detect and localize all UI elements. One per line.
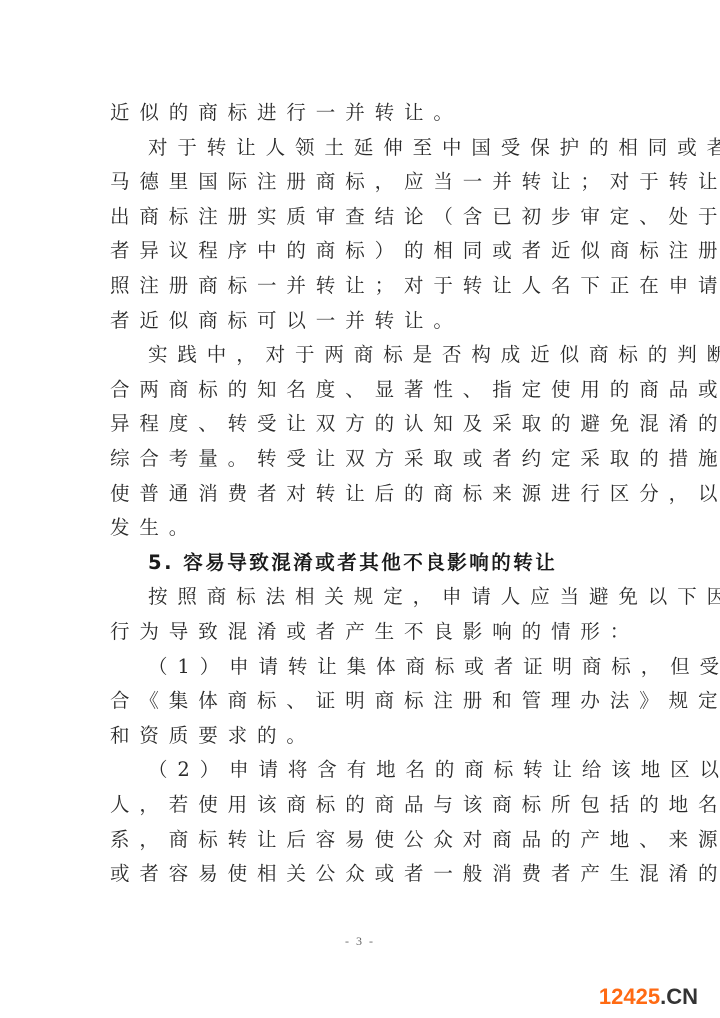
text-line: 使普通消费者对转让后的商标来源进行区分，以避免混淆的: [110, 475, 630, 513]
text-line: 马德里国际注册商标，应当一并转让；对于转让人名下已作: [110, 163, 630, 201]
text-line: 对于转让人领土延伸至中国受保护的相同或者近似的: [148, 129, 668, 167]
text-line: 系，商标转让后容易使公众对商品的产地、来源产生误认，: [110, 821, 630, 859]
text-line: 综合考量。转受让双方采取或者约定采取的措施，应当足够: [110, 440, 630, 478]
text-line: 按照商标法相关规定，申请人应当避免以下因商标转让: [148, 578, 668, 616]
site-watermark: 12425.CN: [599, 984, 698, 1010]
text-line: 出商标注册实质审查结论（含已初步审定、处于驳回复审或: [110, 198, 630, 236]
watermark-number: 12425: [599, 984, 660, 1009]
text-line: 行为导致混淆或者产生不良影响的情形：: [110, 613, 630, 651]
text-line: 实践中，对于两商标是否构成近似商标的判断，还将结: [148, 336, 668, 374]
text-line: 近似的商标进行一并转让。: [110, 94, 630, 132]
text-line: 人，若使用该商标的商品与该商标所包括的地名具备紧密联: [110, 786, 630, 824]
text-line: 或者容易使相关公众或者一般消费者产生混淆的。: [110, 855, 630, 893]
text-line: 合两商标的知名度、显著性、指定使用的商品或者服务的差: [110, 371, 630, 409]
text-line: 者异议程序中的商标）的相同或者近似商标注册申请应当参: [110, 232, 630, 270]
text-line: 异程度、转受让双方的认知及采取的避免混淆的措施等进行: [110, 405, 630, 443]
text-line: 和资质要求的。: [110, 717, 630, 755]
text-line: 照注册商标一并转让；对于转让人名下正在申请中的相同或: [110, 267, 630, 305]
text-line: （2）申请将含有地名的商标转让给该地区以外的受让: [148, 751, 668, 789]
document-page: 近似的商标进行一并转让。对于转让人领土延伸至中国受保护的相同或者近似的马德里国际…: [0, 0, 720, 1018]
text-line: （1）申请转让集体商标或者证明商标，但受让人不符: [148, 648, 668, 686]
text-line: 发生。: [110, 509, 630, 547]
page-number: - 3 -: [0, 934, 720, 949]
text-line: 者近似商标可以一并转让。: [110, 302, 630, 340]
section-heading: 5. 容易导致混淆或者其他不良影响的转让: [148, 544, 668, 582]
watermark-tld: .CN: [660, 984, 698, 1009]
text-line: 合《集体商标、证明商标注册和管理办法》规定的相关资格: [110, 682, 630, 720]
